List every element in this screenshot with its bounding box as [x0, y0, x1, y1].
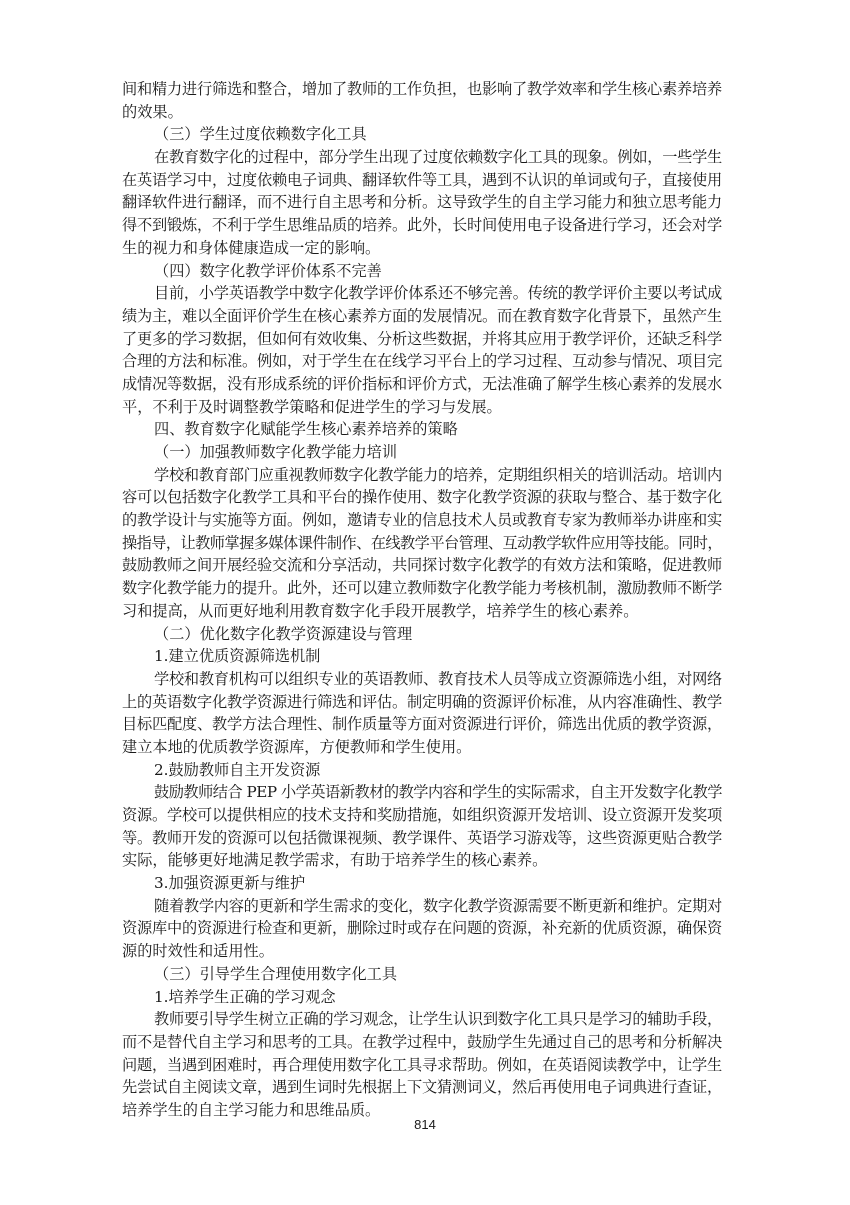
paragraph-line: 源的时效性和适用性。: [122, 940, 722, 963]
document-body: 间和精力进行筛选和整合，增加了教师的工作负担，也影响了教学效率和学生核心素养培养…: [122, 78, 722, 1122]
paragraph-line: 学校和教育部门应重视教师数字化教学能力的培养，定期组织相关的培训活动。培训内: [122, 464, 722, 487]
paragraph-line: 资源库中的资源进行检查和更新，删除过时或存在问题的资源，补充新的优质资源，确保资: [122, 917, 722, 940]
paragraph-line: 目前，小学英语教学中数字化教学评价体系还不够完善。传统的教学评价主要以考试成: [122, 282, 722, 305]
paragraph-line: 教师要引导学生树立正确的学习观念，让学生认识到数字化工具只是学习的辅助手段，: [122, 1008, 722, 1031]
paragraph-line: 得不到锻炼，不利于学生思维品质的培养。此外，长时间使用电子设备进行学习，还会对学: [122, 214, 722, 237]
section-heading: 四、教育数字化赋能学生核心素养培养的策略: [122, 418, 722, 441]
paragraph-line: 随着教学内容的更新和学生需求的变化，数字化教学资源需要不断更新和维护。定期对: [122, 895, 722, 918]
section-heading: （三）引导学生合理使用数字化工具: [122, 963, 722, 986]
paragraph-line: 合理的方法和标准。例如，对于学生在在线学习平台上的学习过程、互动参与情况、项目完: [122, 350, 722, 373]
paragraph-line: 在英语学习中，过度依赖电子词典、翻译软件等工具，遇到不认识的单词或句子，直接使用: [122, 169, 722, 192]
paragraph-line: 的教学设计与实施等方面。例如，邀请专业的信息技术人员或教育专家为教师举办讲座和实: [122, 509, 722, 532]
paragraph-line: 绩为主，难以全面评价学生在核心素养方面的发展情况。而在教育数字化背景下，虽然产生: [122, 305, 722, 328]
section-heading: （一）加强教师数字化教学能力培训: [122, 441, 722, 464]
section-heading: （二）优化数字化教学资源建设与管理: [122, 623, 722, 646]
paragraph-line: 先尝试自主阅读文章，遇到生词时先根据上下文猜测词义，然后再使用电子词典进行查证，: [122, 1076, 722, 1099]
section-heading: （三）学生过度依赖数字化工具: [122, 123, 722, 146]
paragraph-line: 平，不利于及时调整教学策略和促进学生的学习与发展。: [122, 396, 722, 419]
paragraph-line: 成情况等数据，没有形成系统的评价指标和评价方式，无法准确了解学生核心素养的发展水: [122, 373, 722, 396]
paragraph-line: 的效果。: [122, 101, 722, 124]
paragraph-line: 间和精力进行筛选和整合，增加了教师的工作负担，也影响了教学效率和学生核心素养培养: [122, 78, 722, 101]
section-heading: （四）数字化教学评价体系不完善: [122, 260, 722, 283]
paragraph-line: 上的英语数字化教学资源进行筛选和评估。制定明确的资源评价标准，从内容准确性、教学: [122, 691, 722, 714]
paragraph-line: 容可以包括数字化教学工具和平台的操作使用、数字化教学资源的获取与整合、基于数字化: [122, 486, 722, 509]
paragraph-line: 目标匹配度、教学方法合理性、制作质量等方面对资源进行评价，筛选出优质的教学资源，: [122, 713, 722, 736]
paragraph-line: 习和提高，从而更好地利用教育数字化手段开展教学，培养学生的核心素养。: [122, 600, 722, 623]
paragraph-line: 实际，能够更好地满足教学需求，有助于培养学生的核心素养。: [122, 849, 722, 872]
paragraph-line: 问题，当遇到困难时，再合理使用数字化工具寻求帮助。例如，在英语阅读教学中，让学生: [122, 1054, 722, 1077]
section-heading: 2.鼓励教师自主开发资源: [122, 759, 722, 782]
paragraph-line: 鼓励教师结合 PEP 小学英语新教材的教学内容和学生的实际需求，自主开发数字化教…: [122, 781, 722, 804]
paragraph-line: 生的视力和身体健康造成一定的影响。: [122, 237, 722, 260]
section-heading: 3.加强资源更新与维护: [122, 872, 722, 895]
paragraph-line: 在教育数字化的过程中，部分学生出现了过度依赖数字化工具的现象。例如，一些学生: [122, 146, 722, 169]
paragraph-line: 学校和教育机构可以组织专业的英语教师、教育技术人员等成立资源筛选小组，对网络: [122, 668, 722, 691]
paragraph-line: 鼓励教师之间开展经验交流和分享活动，共同探讨数字化教学的有效方法和策略，促进教师: [122, 554, 722, 577]
section-heading: 1.建立优质资源筛选机制: [122, 645, 722, 668]
paragraph-line: 翻译软件进行翻译，而不进行自主思考和分析。这导致学生的自主学习能力和独立思考能力: [122, 191, 722, 214]
paragraph-line: 了更多的学习数据，但如何有效收集、分析这些数据，并将其应用于教学评价，还缺乏科学: [122, 328, 722, 351]
paragraph-line: 而不是替代自主学习和思考的工具。在教学过程中，鼓励学生先通过自己的思考和分析解决: [122, 1031, 722, 1054]
paragraph-line: 等。教师开发的资源可以包括微课视频、教学课件、英语学习游戏等，这些资源更贴合教学: [122, 827, 722, 850]
paragraph-line: 数字化教学能力的提升。此外，还可以建立教师数字化教学能力考核机制，激励教师不断学: [122, 577, 722, 600]
paragraph-line: 资源。学校可以提供相应的技术支持和奖励措施，如组织资源开发培训、设立资源开发奖项: [122, 804, 722, 827]
paragraph-line: 建立本地的优质教学资源库，方便教师和学生使用。: [122, 736, 722, 759]
page-number: 814: [0, 1117, 850, 1132]
section-heading: 1.培养学生正确的学习观念: [122, 986, 722, 1009]
paragraph-line: 操指导，让教师掌握多媒体课件制作、在线教学平台管理、互动教学软件应用等技能。同时…: [122, 532, 722, 555]
